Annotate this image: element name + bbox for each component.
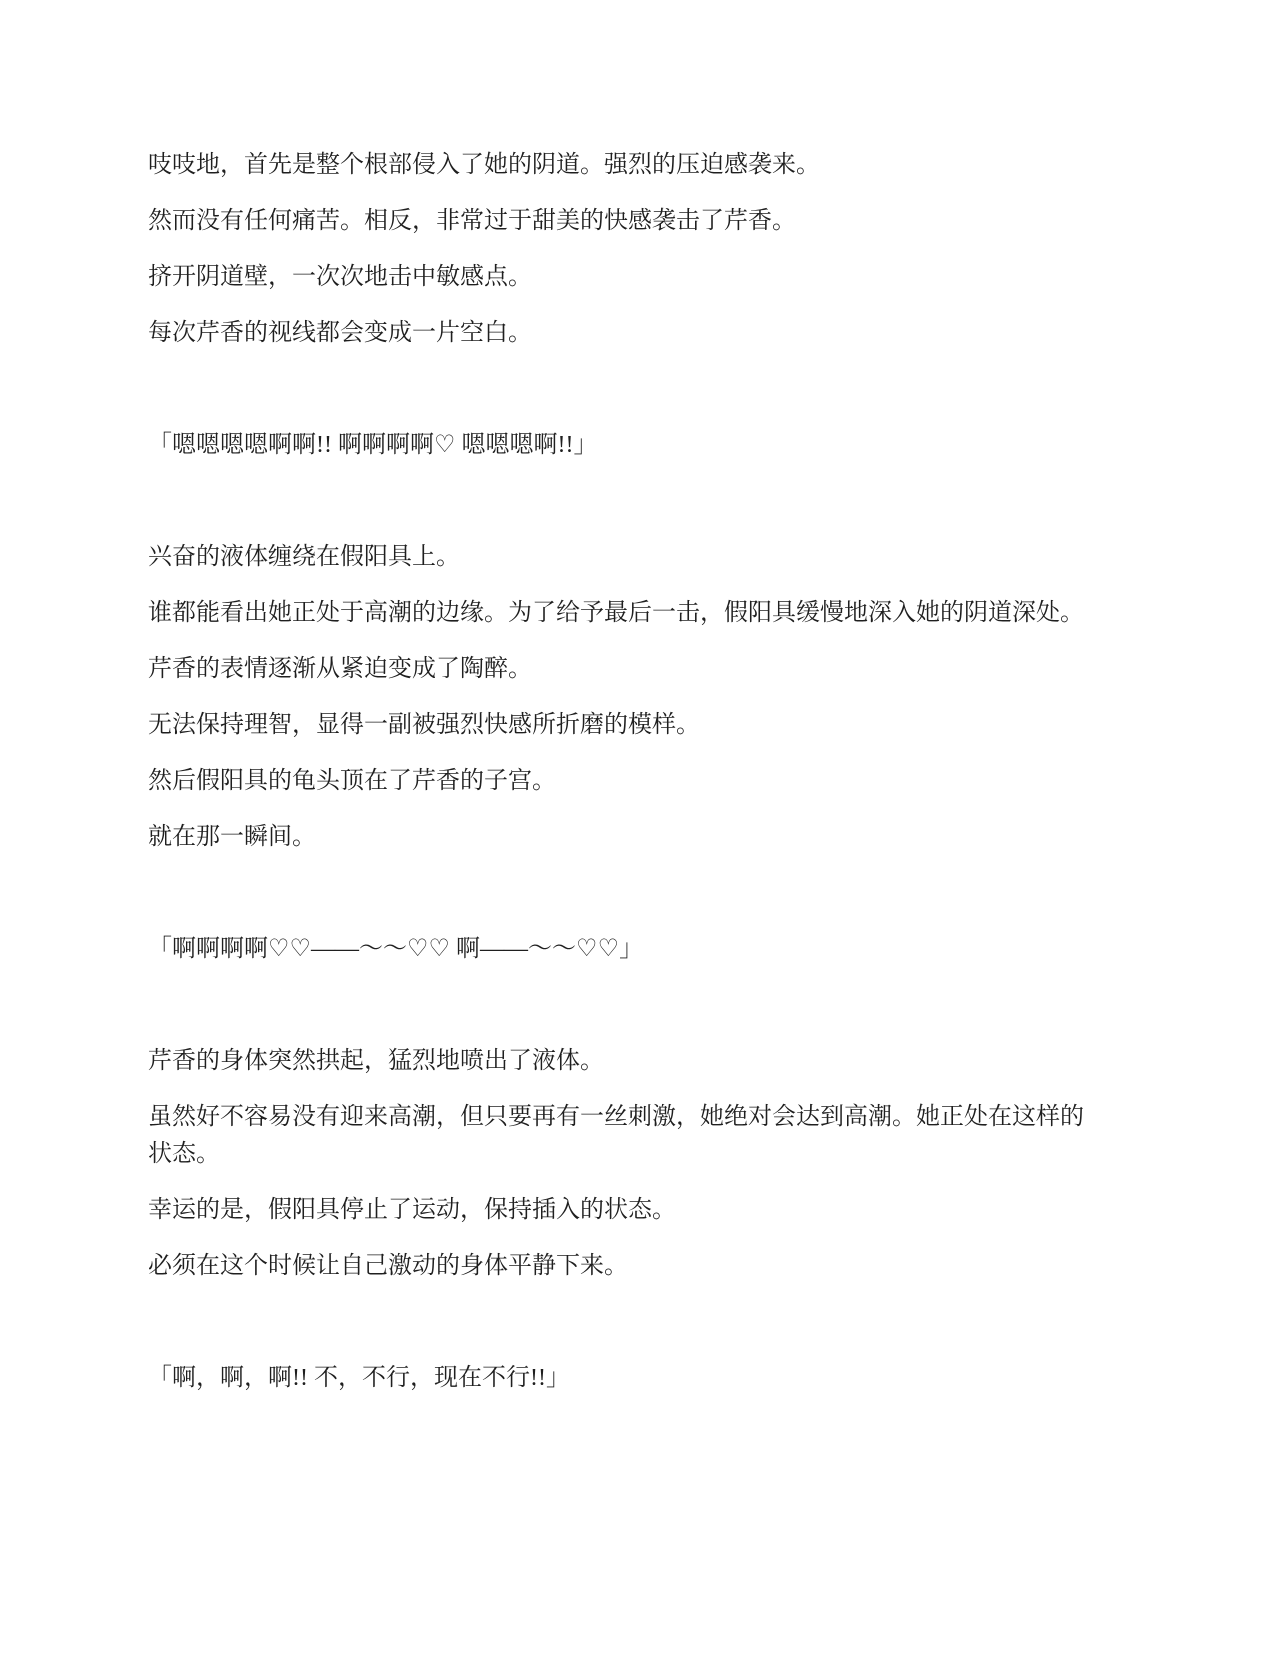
dialogue-paragraph: 「啊，啊，啊!! 不，不行，现在不行!!」: [148, 1360, 1093, 1397]
document-page: 吱吱地，首先是整个根部侵入了她的阴道。强烈的压迫感袭来。然而没有任何痛苦。相反，…: [0, 0, 1280, 1656]
narration-paragraph: 幸运的是，假阳具停止了运动，保持插入的状态。: [148, 1192, 1093, 1229]
narration-paragraph: 谁都能看出她正处于高潮的边缘。为了给予最后一击，假阳具缓慢地深入她的阴道深处。: [148, 595, 1093, 632]
dialogue-paragraph: 「嗯嗯嗯嗯啊啊!! 啊啊啊啊♡ 嗯嗯嗯啊!!」: [148, 427, 1093, 464]
narration-paragraph: 芹香的身体突然拱起，猛烈地喷出了液体。: [148, 1043, 1093, 1080]
narration-paragraph: 无法保持理智，显得一副被强烈快感所折磨的模样。: [148, 707, 1093, 744]
narration-paragraph: 挤开阴道壁，一次次地击中敏感点。: [148, 259, 1093, 296]
narration-paragraph: 兴奋的液体缠绕在假阳具上。: [148, 539, 1093, 576]
text-column: 吱吱地，首先是整个根部侵入了她的阴道。强烈的压迫感袭来。然而没有任何痛苦。相反，…: [148, 147, 1093, 1397]
narration-paragraph: 然后假阳具的龟头顶在了芹香的子宫。: [148, 763, 1093, 800]
narration-paragraph: 每次芹香的视线都会变成一片空白。: [148, 315, 1093, 352]
dialogue-paragraph: 「啊啊啊啊♡♡——～～♡♡ 啊——～～♡♡」: [148, 931, 1093, 968]
narration-paragraph: 芹香的表情逐渐从紧迫变成了陶醉。: [148, 651, 1093, 688]
narration-paragraph: 虽然好不容易没有迎来高潮，但只要再有一丝刺激，她绝对会达到高潮。她正处在这样的状…: [148, 1099, 1093, 1173]
narration-paragraph: 必须在这个时候让自己激动的身体平静下来。: [148, 1248, 1093, 1285]
narration-paragraph: 然而没有任何痛苦。相反，非常过于甜美的快感袭击了芹香。: [148, 203, 1093, 240]
narration-paragraph: 就在那一瞬间。: [148, 819, 1093, 856]
narration-paragraph: 吱吱地，首先是整个根部侵入了她的阴道。强烈的压迫感袭来。: [148, 147, 1093, 184]
